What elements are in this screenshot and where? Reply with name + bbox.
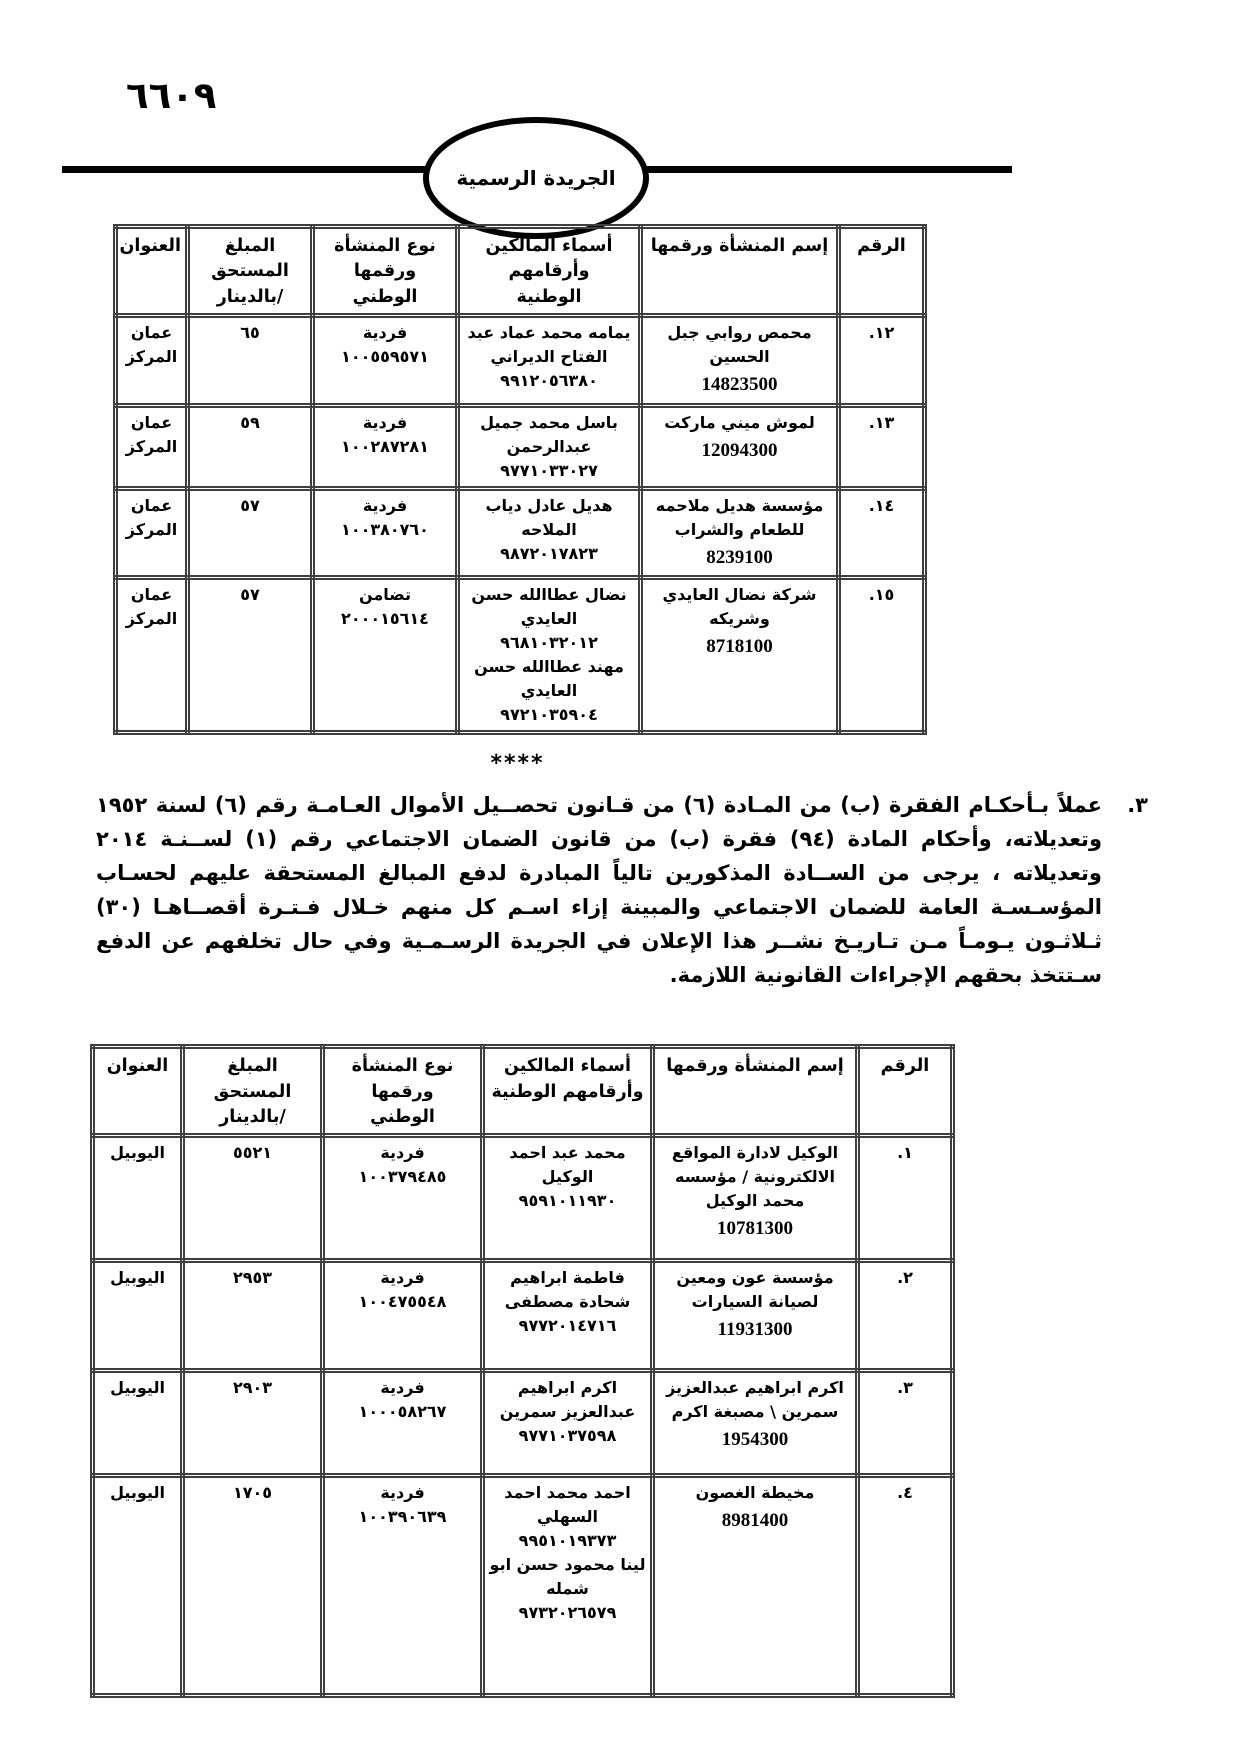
col-header-amount: المبلغ المستحق /بالدينار [183, 1047, 323, 1136]
establishment-number: 14823500 [647, 371, 832, 400]
col-header-establishment: إسم المنشأة ورقمها [653, 1047, 858, 1136]
table-row: ١٤. مؤسسة هديل ملاحمه للطعام والشراب 823… [116, 488, 925, 578]
establishment-name: مؤسسة عون ومعين لصيانة السيارات [659, 1266, 851, 1314]
amount-due-cell: ٥٧ [188, 578, 313, 733]
owner-national-id: ٩٧٧١٠٣٧٥٩٨ [489, 1424, 646, 1448]
table1-header-row: الرقم إسم المنشأة ورقمها أسماء المالكين … [116, 227, 925, 316]
type-national-number: ١٠٠٤٧٥٥٤٨ [329, 1290, 476, 1314]
col-header-type: نوع المنشأة ورقمها الوطني [313, 227, 458, 316]
col-header-serial: الرقم [858, 1047, 953, 1136]
amount-due-cell: ٥٧ [188, 488, 313, 578]
establishment-cell: شركة نضال العايدي وشريكه 8718100 [641, 578, 839, 733]
establishment-number: 10781300 [659, 1215, 851, 1244]
serial-cell: ٣. [858, 1371, 953, 1476]
page-number: ٦٦٠٩ [126, 74, 216, 117]
establishment-type: فردية [319, 494, 451, 518]
establishment-type: فردية [329, 1481, 476, 1505]
address-cell: عمان المركز [116, 578, 188, 733]
serial-cell: ١٣. [839, 405, 925, 488]
legal-notice: ٣. عملاً بـأحكـام الفقرة (ب) من المـادة … [96, 788, 1148, 992]
col-header-address-label: العنوان [99, 1054, 176, 1079]
amount-due-cell: ٦٥ [188, 316, 313, 406]
serial-cell: ١. [858, 1136, 953, 1261]
type-cell: فردية ١٠٠٣٩٠٦٣٩ [323, 1476, 483, 1696]
establishment-type: فردية [329, 1376, 476, 1400]
col-header-address: العنوان [116, 227, 188, 316]
col-header-address: العنوان [93, 1047, 183, 1136]
owner-name: باسل محمد جميل عبدالرحمن [464, 411, 634, 459]
establishment-cell: مؤسسة عون ومعين لصيانة السيارات 11931300 [653, 1261, 858, 1371]
owner-national-id: ٩٧٧١٠٣٣٠٢٧ [464, 459, 634, 483]
table2-header-row: الرقم إسم المنشأة ورقمها أسماء المالكين … [93, 1047, 953, 1136]
establishment-cell: مخيطة الغصون 8981400 [653, 1476, 858, 1696]
establishment-number: 11931300 [659, 1316, 851, 1345]
establishment-name: لموش ميني ماركت [647, 411, 832, 435]
establishment-name: محمص روابي جبل الحسين [647, 321, 832, 369]
owner-name: لينا محمود حسن ابو شمله [489, 1553, 646, 1601]
serial-cell: ١٤. [839, 488, 925, 578]
address-cell: عمان المركز [116, 316, 188, 406]
address-cell: اليوبيل [93, 1476, 183, 1696]
owner-national-id: ٩٧٧٢٠١٤٧١٦ [489, 1314, 646, 1338]
table-row: ١٢. محمص روابي جبل الحسين 14823500 يمامه… [116, 316, 925, 406]
type-cell: فردية ١٠٠٠٥٨٢٦٧ [323, 1371, 483, 1476]
establishment-name: اكرم ابراهيم عبدالعزيز سمرين \ مصبغة اكر… [659, 1376, 851, 1424]
amount-due-cell: ٢٩٠٣ [183, 1371, 323, 1476]
col-header-amount: المبلغ المستحق /بالدينار [188, 227, 313, 316]
type-national-number: ٢٠٠٠١٥٦١٤ [319, 607, 451, 631]
col-header-establishment-label: إسم المنشأة ورقمها [659, 1054, 851, 1079]
establishment-name: الوكيل لادارة المواقع الالكترونية / مؤسس… [659, 1141, 851, 1213]
debtors-table-amman: الرقم إسم المنشأة ورقمها أسماء المالكين … [113, 224, 927, 735]
establishment-cell: لموش ميني ماركت 12094300 [641, 405, 839, 488]
owners-cell: اكرم ابراهيم عبدالعزيز سمرين ٩٧٧١٠٣٧٥٩٨ [483, 1371, 653, 1476]
col-header-serial: الرقم [839, 227, 925, 316]
type-cell: تضامن ٢٠٠٠١٥٦١٤ [313, 578, 458, 733]
section-separator: **** [113, 751, 922, 776]
notice-item-number: ٣. [1102, 788, 1148, 992]
owner-name: نضال عطاالله حسن العايدي [464, 583, 634, 631]
debtors-table-yubil: الرقم إسم المنشأة ورقمها أسماء المالكين … [90, 1044, 955, 1698]
owner-name: فاطمة ابراهيم شحادة مصطفى [489, 1266, 646, 1314]
type-national-number: ١٠٠٠٥٨٢٦٧ [329, 1400, 476, 1424]
type-national-number: ١٠٠٥٥٩٥٧١ [319, 345, 451, 369]
col-header-owners: أسماء المالكين وأرقامهم الوطنية [458, 227, 641, 316]
type-cell: فردية ١٠٠٥٥٩٥٧١ [313, 316, 458, 406]
owner-national-id: ٩٩٥١٠١٩٣٧٣ [489, 1529, 646, 1553]
table-row: ١٥. شركة نضال العايدي وشريكه 8718100 نضا… [116, 578, 925, 733]
col-header-owners-line1: أسماء المالكين [489, 1054, 646, 1079]
serial-cell: ٢. [858, 1261, 953, 1371]
owner-name: يمامه محمد عماد عبد الفتاح الديراني [464, 321, 634, 369]
establishment-number: 8239100 [647, 544, 832, 573]
col-header-establishment-label: إسم المنشأة ورقمها [647, 234, 832, 259]
col-header-type-line1: نوع المنشأة ورقمها [319, 234, 451, 285]
establishment-name: مؤسسة هديل ملاحمه للطعام والشراب [647, 494, 832, 542]
establishment-type: فردية [329, 1141, 476, 1165]
owner-national-id: ٩٩١٢٠٥٦٣٨٠ [464, 369, 634, 393]
col-header-type-line1: نوع المنشأة ورقمها [329, 1054, 476, 1105]
establishment-number: 1954300 [659, 1426, 851, 1455]
table-row: ٤. مخيطة الغصون 8981400 احمد محمد احمد ا… [93, 1476, 953, 1696]
amount-due-cell: ٥٥٢١ [183, 1136, 323, 1261]
owner-national-id: ٩٨٧٢٠١٧٨٢٣ [464, 542, 634, 566]
type-cell: فردية ١٠٠٣٧٩٤٨٥ [323, 1136, 483, 1261]
address-cell: اليوبيل [93, 1136, 183, 1261]
type-cell: فردية ١٠٠٢٨٧٢٨١ [313, 405, 458, 488]
owners-cell: هديل عادل دياب الملاحه ٩٨٧٢٠١٧٨٢٣ [458, 488, 641, 578]
table-row: ٣. اكرم ابراهيم عبدالعزيز سمرين \ مصبغة … [93, 1371, 953, 1476]
address-cell: اليوبيل [93, 1261, 183, 1371]
amount-due-cell: ٥٩ [188, 405, 313, 488]
serial-cell: ١٥. [839, 578, 925, 733]
owner-national-id: ٩٦٨١٠٣٢٠١٢ [464, 631, 634, 655]
col-header-amount-line2: /بالدينار [194, 285, 306, 310]
owner-name: اكرم ابراهيم عبدالعزيز سمرين [489, 1376, 646, 1424]
establishment-cell: محمص روابي جبل الحسين 14823500 [641, 316, 839, 406]
col-header-address-label: العنوان [122, 234, 181, 259]
type-national-number: ١٠٠٢٨٧٢٨١ [319, 435, 451, 459]
establishment-number: 12094300 [647, 437, 832, 466]
address-cell: عمان المركز [116, 488, 188, 578]
address-cell: اليوبيل [93, 1371, 183, 1476]
owner-national-id: ٩٧٣٢٠٢٦٥٧٩ [489, 1601, 646, 1625]
type-national-number: ١٠٠٣٨٠٧٦٠ [319, 518, 451, 542]
owners-cell: نضال عطاالله حسن العايدي ٩٦٨١٠٣٢٠١٢ مهند… [458, 578, 641, 733]
gazette-page: ٦٦٠٩ الجريدة الرسمية الرقم إسم المنشأة و… [0, 0, 1241, 1755]
col-header-amount-line2: /بالدينار [189, 1105, 316, 1130]
col-header-type-line2: الوطني [319, 285, 451, 310]
serial-cell: ١٢. [839, 316, 925, 406]
col-header-establishment: إسم المنشأة ورقمها [641, 227, 839, 316]
owners-cell: فاطمة ابراهيم شحادة مصطفى ٩٧٧٢٠١٤٧١٦ [483, 1261, 653, 1371]
owner-name: مهند عطاالله حسن العايدي [464, 655, 634, 703]
col-header-amount-line1: المبلغ المستحق [194, 234, 306, 285]
col-header-serial-label: الرقم [845, 234, 918, 259]
col-header-type-line2: الوطني [329, 1105, 476, 1130]
amount-due-cell: ١٧٠٥ [183, 1476, 323, 1696]
col-header-serial-label: الرقم [864, 1054, 946, 1079]
owners-cell: باسل محمد جميل عبدالرحمن ٩٧٧١٠٣٣٠٢٧ [458, 405, 641, 488]
table-row: ١٣. لموش ميني ماركت 12094300 باسل محمد ج… [116, 405, 925, 488]
amount-due-cell: ٢٩٥٣ [183, 1261, 323, 1371]
owner-name: احمد محمد احمد السهلي [489, 1481, 646, 1529]
col-header-owners-line2: وأرقامهم الوطنية [489, 1080, 646, 1105]
address-cell: عمان المركز [116, 405, 188, 488]
owner-name: محمد عبد احمد الوكيل [489, 1141, 646, 1189]
table-row: ٢. مؤسسة عون ومعين لصيانة السيارات 11931… [93, 1261, 953, 1371]
page-content: الرقم إسم المنشأة ورقمها أسماء المالكين … [0, 224, 1241, 1698]
col-header-owners: أسماء المالكين وأرقامهم الوطنية [483, 1047, 653, 1136]
masthead-title: الجريدة الرسمية [456, 166, 615, 190]
col-header-type: نوع المنشأة ورقمها الوطني [323, 1047, 483, 1136]
establishment-cell: الوكيل لادارة المواقع الالكترونية / مؤسس… [653, 1136, 858, 1261]
type-cell: فردية ١٠٠٤٧٥٥٤٨ [323, 1261, 483, 1371]
establishment-type: فردية [319, 321, 451, 345]
establishment-number: 8981400 [659, 1507, 851, 1536]
type-national-number: ١٠٠٣٧٩٤٨٥ [329, 1165, 476, 1189]
col-header-owners-line1: أسماء المالكين وأرقامهم [464, 234, 634, 285]
table-row: ١. الوكيل لادارة المواقع الالكترونية / م… [93, 1136, 953, 1261]
establishment-name: مخيطة الغصون [659, 1481, 851, 1505]
col-header-amount-line1: المبلغ المستحق [189, 1054, 316, 1105]
owners-cell: محمد عبد احمد الوكيل ٩٥٩١٠١١٩٣٠ [483, 1136, 653, 1261]
owner-national-id: ٩٥٩١٠١١٩٣٠ [489, 1189, 646, 1213]
establishment-type: فردية [319, 411, 451, 435]
owner-name: هديل عادل دياب الملاحه [464, 494, 634, 542]
owners-cell: احمد محمد احمد السهلي ٩٩٥١٠١٩٣٧٣ لينا مح… [483, 1476, 653, 1696]
col-header-owners-line2: الوطنية [464, 285, 634, 310]
establishment-type: فردية [329, 1266, 476, 1290]
establishment-type: تضامن [319, 583, 451, 607]
serial-cell: ٤. [858, 1476, 953, 1696]
type-cell: فردية ١٠٠٣٨٠٧٦٠ [313, 488, 458, 578]
establishment-number: 8718100 [647, 633, 832, 662]
establishment-cell: مؤسسة هديل ملاحمه للطعام والشراب 8239100 [641, 488, 839, 578]
establishment-cell: اكرم ابراهيم عبدالعزيز سمرين \ مصبغة اكر… [653, 1371, 858, 1476]
establishment-name: شركة نضال العايدي وشريكه [647, 583, 832, 631]
notice-text: عملاً بـأحكـام الفقرة (ب) من المـادة (٦)… [96, 788, 1102, 992]
owners-cell: يمامه محمد عماد عبد الفتاح الديراني ٩٩١٢… [458, 316, 641, 406]
owner-national-id: ٩٧٢١٠٣٥٩٠٤ [464, 703, 634, 727]
type-national-number: ١٠٠٣٩٠٦٣٩ [329, 1505, 476, 1529]
masthead-oval: الجريدة الرسمية [423, 117, 649, 239]
